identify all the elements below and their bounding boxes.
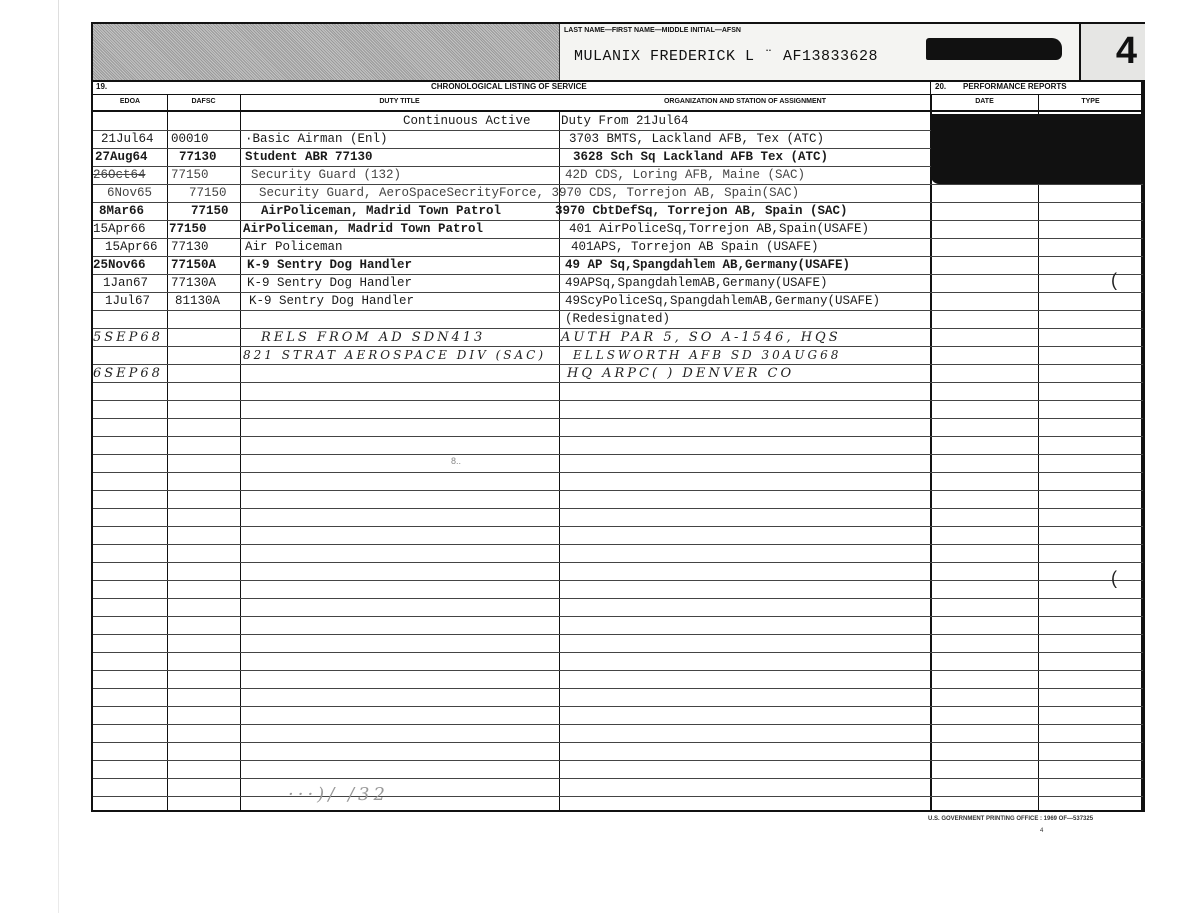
printer-imprint: U.S. GOVERNMENT PRINTING OFFICE : 1969 O… [928,816,1093,822]
header-dafsc: DAFSC [167,98,240,105]
name-afsn-box: LAST NAME—FIRST NAME—MIDDLE INITIAL—AFSN… [559,24,1080,80]
dafsc: 77150 [169,222,207,236]
duty-handwritten: 821 STRAT AEROSPACE DIV (SAC) [243,348,546,362]
redaction-mark [931,114,1145,184]
duty-title: K-9 Sentry Dog Handler [247,258,412,272]
table-row: 6Nov65 77150 Security Guard, AeroSpaceSe… [93,184,1143,203]
dafsc: 77130 [171,240,209,254]
column-header-row: EDOA DAFSC DUTY TITLE ORGANIZATION AND S… [93,94,1143,112]
section-19-number: 19. [96,82,107,91]
edoa: 15Apr66 [93,222,146,236]
shaded-area [93,24,559,80]
organization: 49ScyPoliceSq,SpangdahlemAB,Germany(USAF… [565,294,880,308]
organization: 3703 BMTS, Lackland AFB, Tex (ATC) [569,132,824,146]
dafsc: 77150A [171,258,216,272]
edoa: 15Apr66 [105,240,158,254]
duty-title: ·Basic Airman (Enl) [245,132,388,146]
margin-mark: 8.. [451,456,461,466]
duty-title: K-9 Sentry Dog Handler [247,276,412,290]
organization: 42D CDS, Loring AFB, Maine (SAC) [565,168,805,182]
organization-handwritten: AUTH PAR 5, SO A-1546, HQS [561,330,841,345]
organization: 401 AirPoliceSq,Torrejon AB,Spain(USAFE) [569,222,869,236]
form-banner: LAST NAME—FIRST NAME—MIDDLE INITIAL—AFSN… [93,24,1143,82]
dafsc: 77150 [189,186,227,200]
duty-title: Security Guard (132) [251,168,401,182]
table-row: 1Jan67 77130A K-9 Sentry Dog Handler 49A… [93,274,1143,293]
table-row: 5SEP68 RELS FROM AD SDN413 AUTH PAR 5, S… [93,328,1143,347]
duty-title: Security Guard, AeroSpaceSecrityForce, 3… [259,186,799,200]
service-record-form: LAST NAME—FIRST NAME—MIDDLE INITIAL—AFSN… [91,22,1145,812]
page-number: 4 [1116,30,1137,73]
edoa: 1Jan67 [103,276,148,290]
organization-handwritten: HQ ARPC( ) DENVER CO [567,366,794,381]
edoa: 27Aug64 [95,150,148,164]
duty-title: Continuous Active [403,114,531,128]
dafsc: 00010 [171,132,209,146]
header-duty-title: DUTY TITLE [240,98,559,105]
edoa-handwritten: 6SEP68 [93,366,163,381]
organization-handwritten: ELLSWORTH AFB SD 30AUG68 [573,348,841,362]
signature-mark: ···)/ /32 [288,784,389,805]
organization: (Redesignated) [565,312,670,326]
edoa: 26Oct64 [93,168,146,182]
table-row: 6SEP68 HQ ARPC( ) DENVER CO [93,364,1143,383]
organization: 49 AP Sq,Spangdahlem AB,Germany(USAFE) [565,258,850,272]
section-19-title: CHRONOLOGICAL LISTING OF SERVICE [431,82,587,91]
section-20-number: 20. [935,82,946,91]
edoa: 21Jul64 [101,132,154,146]
table-row: 1Jul67 81130A K-9 Sentry Dog Handler 49S… [93,292,1143,311]
section-title-row: 19. CHRONOLOGICAL LISTING OF SERVICE 20.… [93,80,1143,95]
dafsc: 77130 [179,150,217,164]
edoa: 6Nov65 [107,186,152,200]
dafsc: 77150 [191,204,229,218]
table-row: (Redesignated) [93,310,1143,329]
edoa-handwritten: 5SEP68 [93,330,163,345]
header-organization: ORGANIZATION AND STATION OF ASSIGNMENT [559,98,931,105]
duty-handwritten: RELS FROM AD SDN413 [261,330,485,345]
edoa: 8Mar66 [99,204,144,218]
header-type: TYPE [1038,98,1143,105]
section-divider [930,80,931,94]
edoa: 1Jul67 [105,294,150,308]
redaction-mark [926,38,1062,60]
page-number-box: 4 [1079,24,1145,80]
table-row: 15Apr66 77150 AirPoliceman, Madrid Town … [93,220,1143,239]
dafsc: 77130A [171,276,216,290]
scan-artifact [58,0,59,913]
organization: 401APS, Torrejon AB Spain (USAFE) [571,240,819,254]
dafsc: 81130A [175,294,220,308]
dafsc: 77150 [171,168,209,182]
section-20-title: PERFORMANCE REPORTS [963,82,1067,91]
organization: Duty From 21Jul64 [561,114,689,128]
name-value: MULANIX FREDERICK L ¨ AF13833628 [574,48,878,65]
table-row: 821 STRAT AEROSPACE DIV (SAC) ELLSWORTH … [93,346,1143,365]
organization: 3628 Sch Sq Lackland AFB Tex (ATC) [573,150,828,164]
header-edoa: EDOA [93,98,167,105]
sheet-mark: 4 [1040,828,1043,834]
organization: 3970 CbtDefSq, Torrejon AB, Spain (SAC) [555,204,848,218]
table-row: 25Nov66 77150A K-9 Sentry Dog Handler 49… [93,256,1143,275]
name-label: LAST NAME—FIRST NAME—MIDDLE INITIAL—AFSN [564,27,741,34]
bracket-mark: ( [1111,270,1117,291]
header-date: DATE [931,98,1038,105]
organization: 49APSq,SpangdahlemAB,Germany(USAFE) [565,276,828,290]
table-row: 15Apr66 77130 Air Policeman 401APS, Torr… [93,238,1143,257]
duty-title: Air Policeman [245,240,343,254]
duty-title: K-9 Sentry Dog Handler [249,294,414,308]
edoa: 25Nov66 [93,258,146,272]
table-row: 8Mar66 77150 AirPoliceman, Madrid Town P… [93,202,1143,221]
duty-title: AirPoliceman, Madrid Town Patrol [243,222,483,236]
bracket-mark: ( [1111,568,1117,589]
duty-title: AirPoliceman, Madrid Town Patrol [261,204,501,218]
duty-title: Student ABR 77130 [245,150,373,164]
